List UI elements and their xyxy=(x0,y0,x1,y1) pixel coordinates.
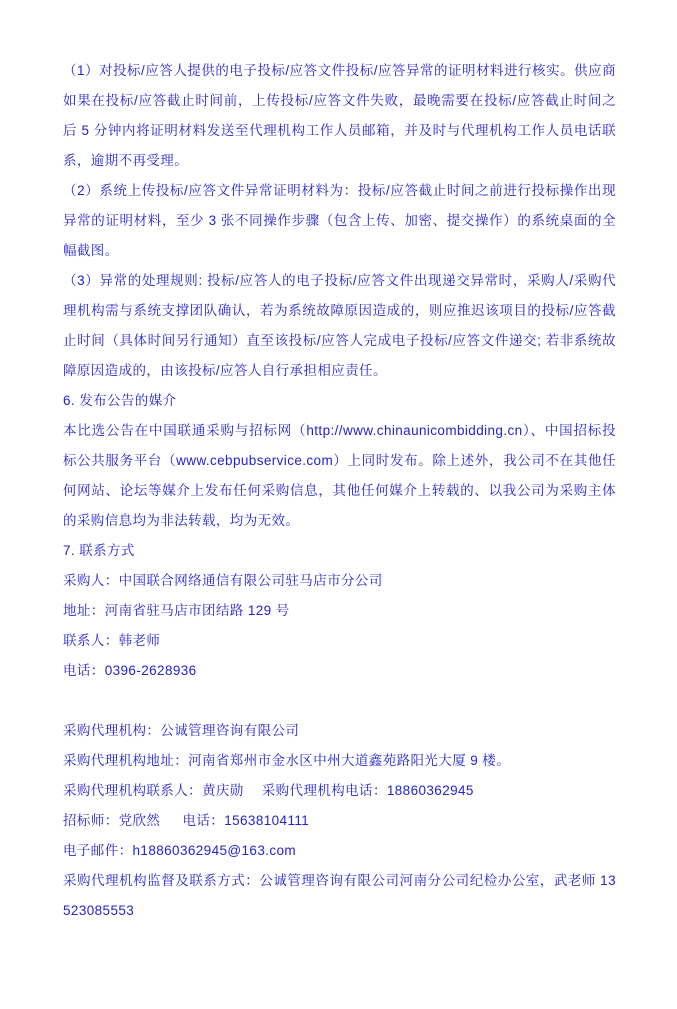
purchaser-address-line: 地址：河南省驻马店市团结路 129 号 xyxy=(63,596,616,626)
blank-line xyxy=(63,686,616,716)
agency-email-line: 电子邮件：h18860362945@163.com xyxy=(63,836,616,866)
section-7-heading: 7. 联系方式 xyxy=(63,536,616,566)
publish-media-paragraph: 本比选公告在中国联通采购与招标网（http://www.chinaunicomb… xyxy=(63,416,616,536)
agency-supervision-line: 采购代理机构监督及联系方式：公诚管理咨询有限公司河南分公司纪检办公室，武老师 1… xyxy=(63,866,616,926)
announcement-body: （1）对投标/应答人提供的电子投标/应答文件投标/应答异常的证明材料进行核实。供… xyxy=(63,56,616,926)
document-page: （1）对投标/应答人提供的电子投标/应答文件投标/应答异常的证明材料进行核实。供… xyxy=(0,0,677,1009)
clause-3-paragraph: （3）异常的处理规则: 投标/应答人的电子投标/应答文件出现递交异常时，采购人/… xyxy=(63,266,616,386)
agency-contact-line: 采购代理机构联系人：黄庆勋 采购代理机构电话：18860362945 xyxy=(63,776,616,806)
clause-2-paragraph: （2）系统上传投标/应答文件异常证明材料为：投标/应答截止时间之前进行投标操作出… xyxy=(63,176,616,266)
tender-agent-line: 招标师：党欣然 电话：15638104111 xyxy=(63,806,616,836)
purchaser-phone-line: 电话：0396-2628936 xyxy=(63,656,616,686)
clause-1-paragraph: （1）对投标/应答人提供的电子投标/应答文件投标/应答异常的证明材料进行核实。供… xyxy=(63,56,616,176)
section-6-heading: 6. 发布公告的媒介 xyxy=(63,386,616,416)
purchaser-line: 采购人：中国联合网络通信有限公司驻马店市分公司 xyxy=(63,566,616,596)
agency-address-line: 采购代理机构地址：河南省郑州市金水区中州大道鑫苑路阳光大厦 9 楼。 xyxy=(63,746,616,776)
agency-name-line: 采购代理机构：公诚管理咨询有限公司 xyxy=(63,716,616,746)
purchaser-contact-line: 联系人：韩老师 xyxy=(63,626,616,656)
